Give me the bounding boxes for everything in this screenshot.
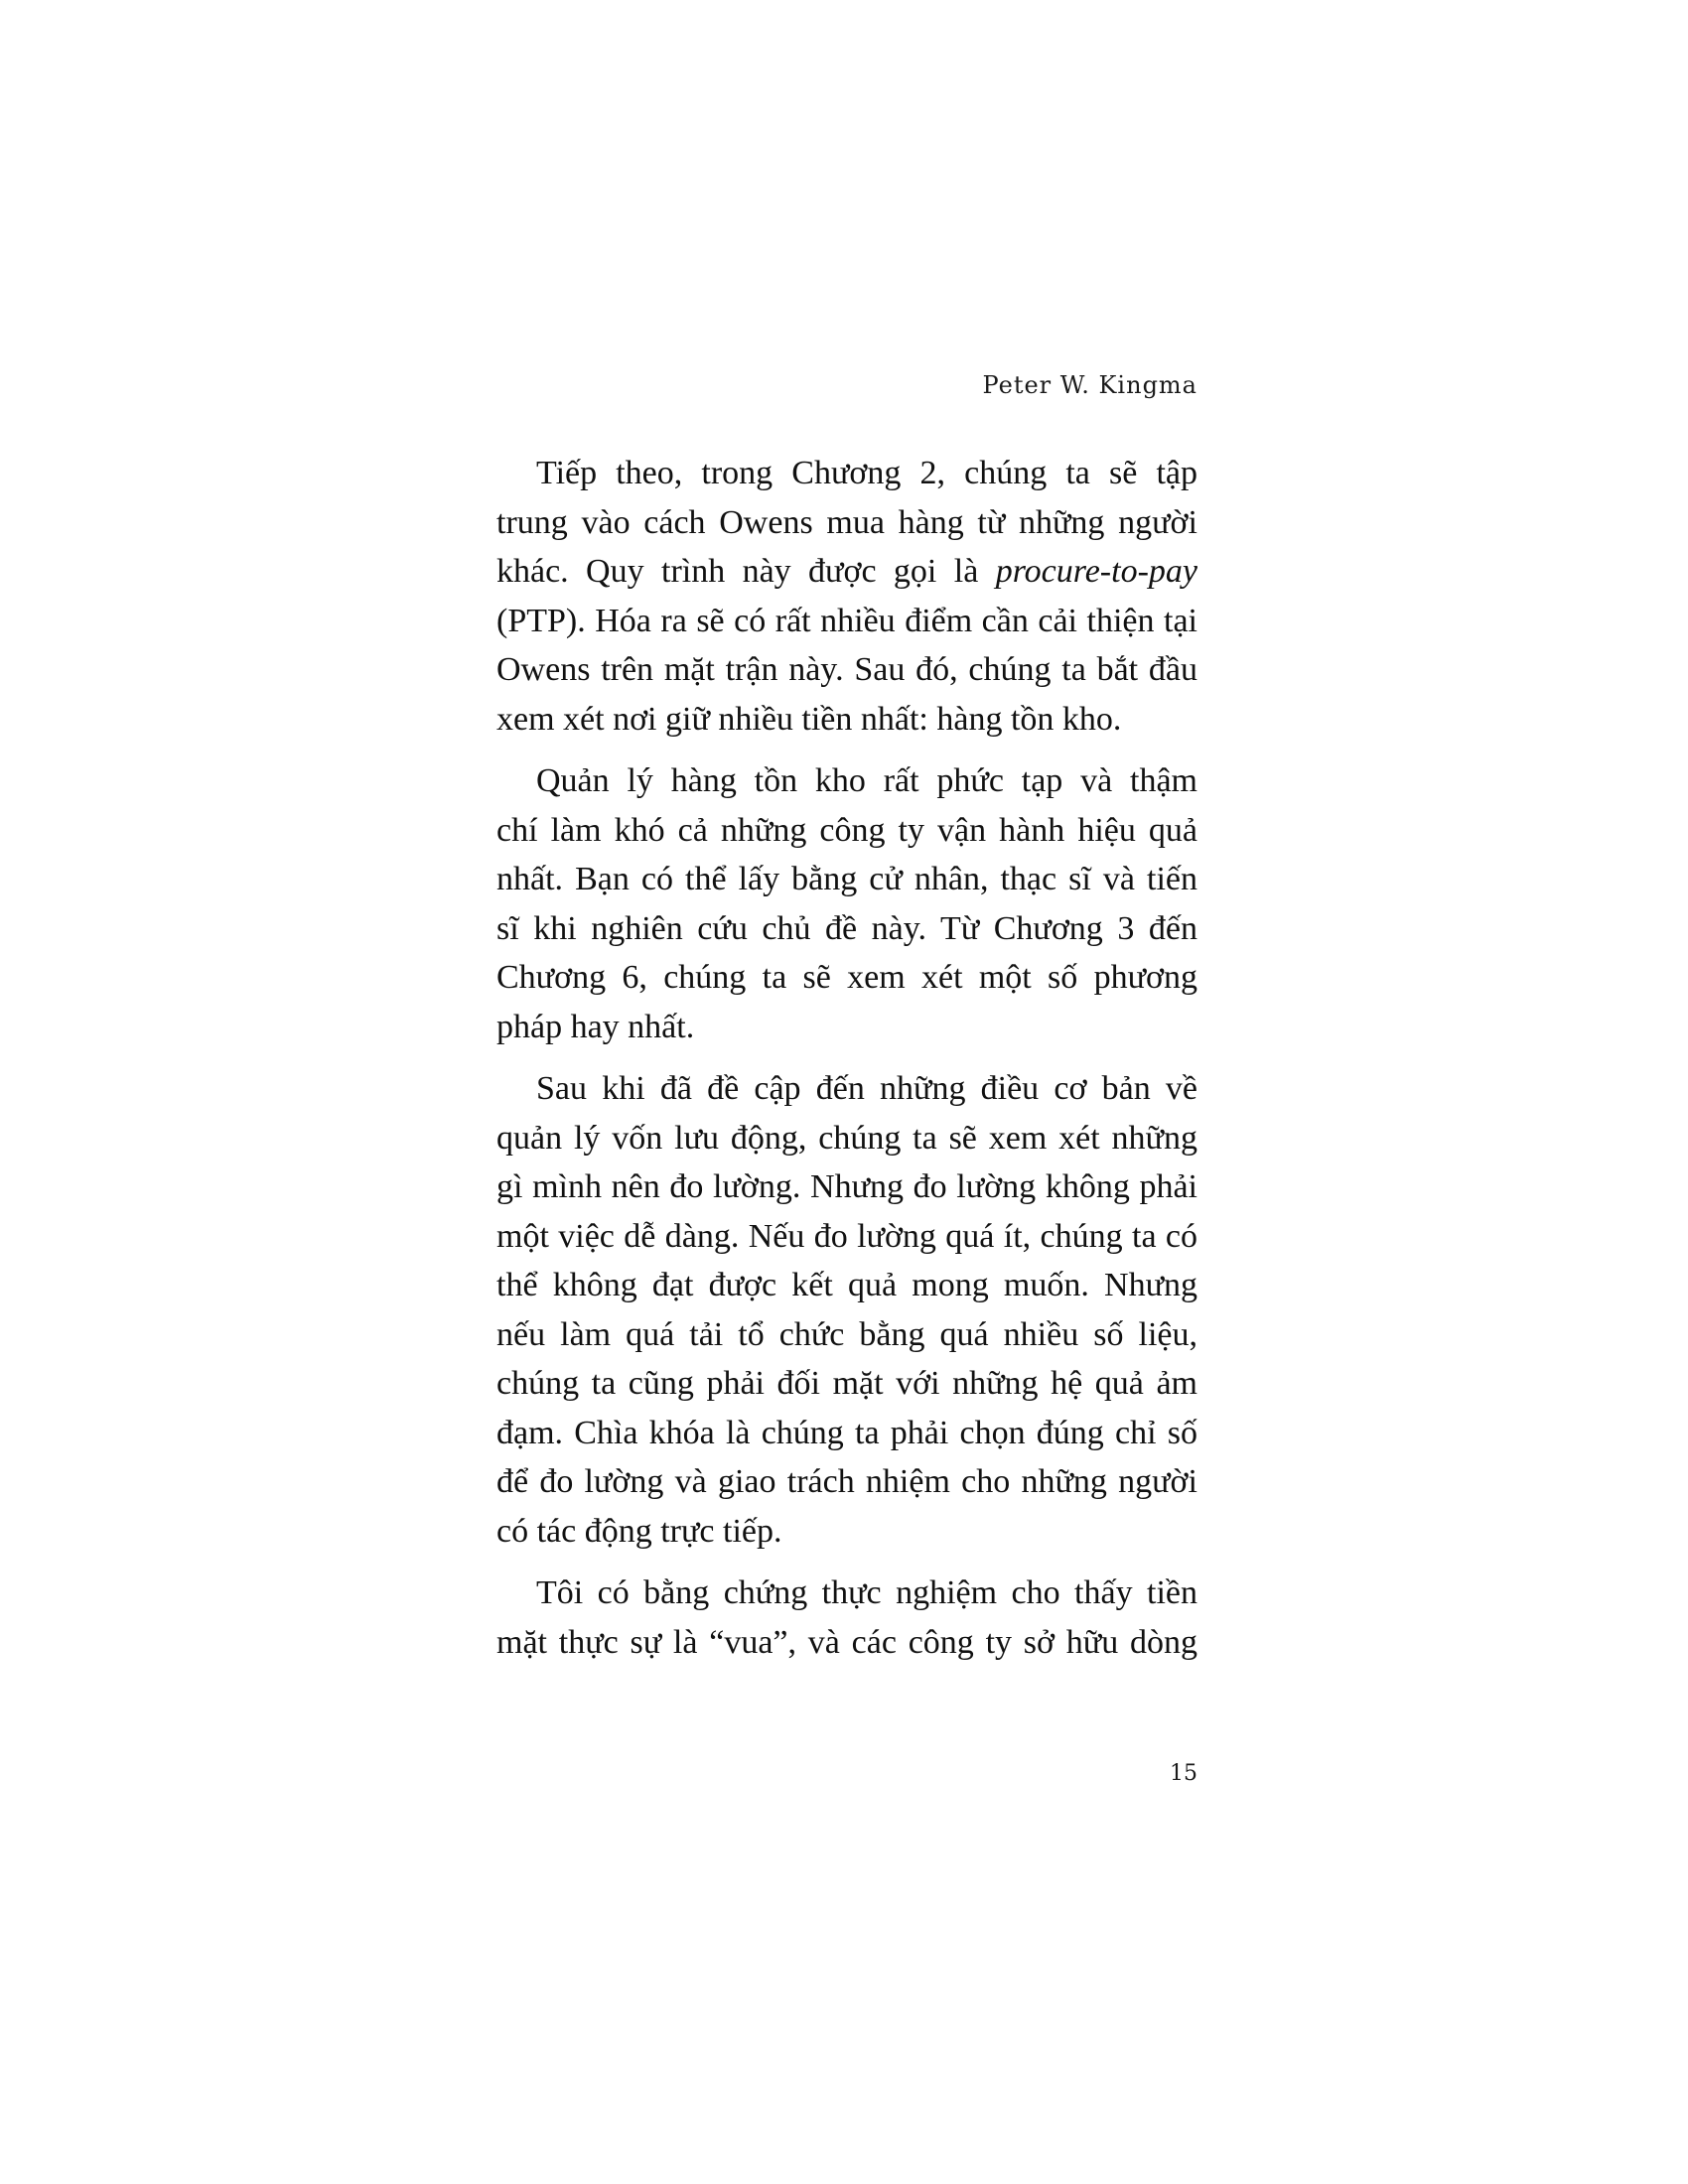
text-line: một việc dễ dàng. Nếu đo lường quá ít, c… <box>496 1212 1197 1262</box>
text-line: nhất. Bạn có thể lấy bằng cử nhân, thạc … <box>496 855 1197 904</box>
paragraph-3: Sau khi đã đề cập đến những điều cơ bản … <box>496 1064 1197 1556</box>
paragraph-4: Tôi có bằng chứng thực nghiệm cho thấy t… <box>496 1569 1197 1667</box>
running-header-author: Peter W. Kingma <box>496 371 1197 399</box>
text-line: gì mình nên đo lường. Nhưng đo lường khô… <box>496 1162 1197 1212</box>
text-line: chí làm khó cả những công ty vận hành hi… <box>496 806 1197 856</box>
text-line: sĩ khi nghiên cứu chủ đề này. Từ Chương … <box>496 904 1197 954</box>
text-line: chúng ta cũng phải đối mặt với những hệ … <box>496 1359 1197 1409</box>
text-line: để đo lường và giao trách nhiệm cho nhữn… <box>496 1457 1197 1507</box>
text-line: đạm. Chìa khóa là chúng ta phải chọn đún… <box>496 1409 1197 1458</box>
page-number: 15 <box>496 1761 1197 1786</box>
italic-term: procure-to-pay <box>996 553 1197 590</box>
text-line: thể không đạt được kết quả mong muốn. Nh… <box>496 1261 1197 1310</box>
text-line: xem xét nơi giữ nhiều tiền nhất: hàng tồ… <box>496 695 1197 745</box>
body-text: Tiếp theo, trong Chương 2, chúng ta sẽ t… <box>496 449 1197 1680</box>
text-line: pháp hay nhất. <box>496 1003 1197 1052</box>
text-line: Tôi có bằng chứng thực nghiệm cho thấy t… <box>496 1569 1197 1618</box>
paragraph-2: Quản lý hàng tồn kho rất phức tạp và thậ… <box>496 756 1197 1051</box>
text-line: (PTP). Hóa ra sẽ có rất nhiều điểm cần c… <box>496 597 1197 646</box>
text-line: Chương 6, chúng ta sẽ xem xét một số phư… <box>496 953 1197 1003</box>
text-line: nếu làm quá tải tổ chức bằng quá nhiều s… <box>496 1310 1197 1360</box>
text-line: có tác động trực tiếp. <box>496 1507 1197 1557</box>
book-page: Peter W. Kingma Tiếp theo, trong Chương … <box>0 0 1688 2184</box>
text-line: quản lý vốn lưu động, chúng ta sẽ xem xé… <box>496 1114 1197 1163</box>
text-segment: khác. Quy trình này được gọi là <box>496 553 996 590</box>
text-line: Quản lý hàng tồn kho rất phức tạp và thậ… <box>496 756 1197 806</box>
text-line: khác. Quy trình này được gọi là procure-… <box>496 547 1197 597</box>
text-line: trung vào cách Owens mua hàng từ những n… <box>496 498 1197 548</box>
text-line: Sau khi đã đề cập đến những điều cơ bản … <box>496 1064 1197 1114</box>
text-line: mặt thực sự là “vua”, và các công ty sở … <box>496 1618 1197 1668</box>
text-line: Owens trên mặt trận này. Sau đó, chúng t… <box>496 645 1197 695</box>
paragraph-1: Tiếp theo, trong Chương 2, chúng ta sẽ t… <box>496 449 1197 744</box>
text-line: Tiếp theo, trong Chương 2, chúng ta sẽ t… <box>496 449 1197 498</box>
